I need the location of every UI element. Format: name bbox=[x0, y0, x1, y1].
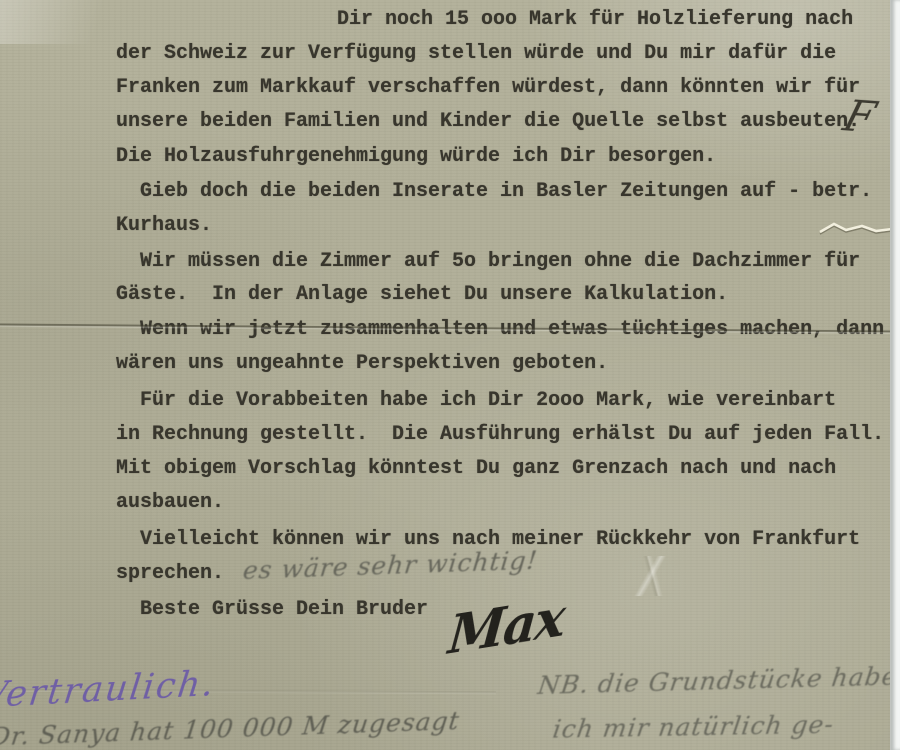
typed-line: Die Holzausfuhrgenehmigung würde ich Dir… bbox=[116, 145, 716, 168]
crease-marks bbox=[605, 556, 700, 596]
typed-line: unsere beiden Familien und Kinder die Qu… bbox=[116, 110, 860, 133]
typed-line: in Rechnung gestellt. Die Ausführung erh… bbox=[116, 423, 884, 446]
typed-line: Wir müssen die Zimmer auf 5o bringen ohn… bbox=[140, 250, 860, 273]
typed-line: Kurhaus. bbox=[116, 214, 212, 237]
typed-line: ausbauen. bbox=[116, 491, 224, 514]
corner-crease bbox=[0, 0, 150, 44]
bottom-right-pencil-note-line2: ich mir natürlich ge- bbox=[551, 710, 836, 744]
typed-line: wären uns ungeahnte Perspektiven geboten… bbox=[116, 352, 608, 375]
scan-edge-strip bbox=[890, 0, 900, 750]
typed-line: sprechen. bbox=[116, 562, 224, 585]
scanned-letter-view: Dir noch 15 ooo Mark für Holzlieferung n… bbox=[0, 0, 900, 750]
typed-line: Gieb doch die beiden Inserate in Basler … bbox=[140, 180, 872, 203]
typed-line: Gäste. In der Anlage siehet Du unsere Ka… bbox=[116, 283, 728, 306]
typed-line: Mit obigem Vorschlag könntest Du ganz Gr… bbox=[116, 457, 836, 480]
typed-line: der Schweiz zur Verfügung stellen würde … bbox=[116, 42, 836, 65]
typed-line: Dir noch 15 ooo Mark für Holzlieferung n… bbox=[337, 8, 853, 31]
paper-tear bbox=[818, 218, 894, 248]
typed-line: Beste Grüsse Dein Bruder bbox=[140, 598, 428, 621]
typed-line: Franken zum Markkauf verschaffen würdest… bbox=[116, 76, 860, 99]
typed-line: Für die Vorabbeiten habe ich Dir 2ooo Ma… bbox=[140, 389, 836, 412]
